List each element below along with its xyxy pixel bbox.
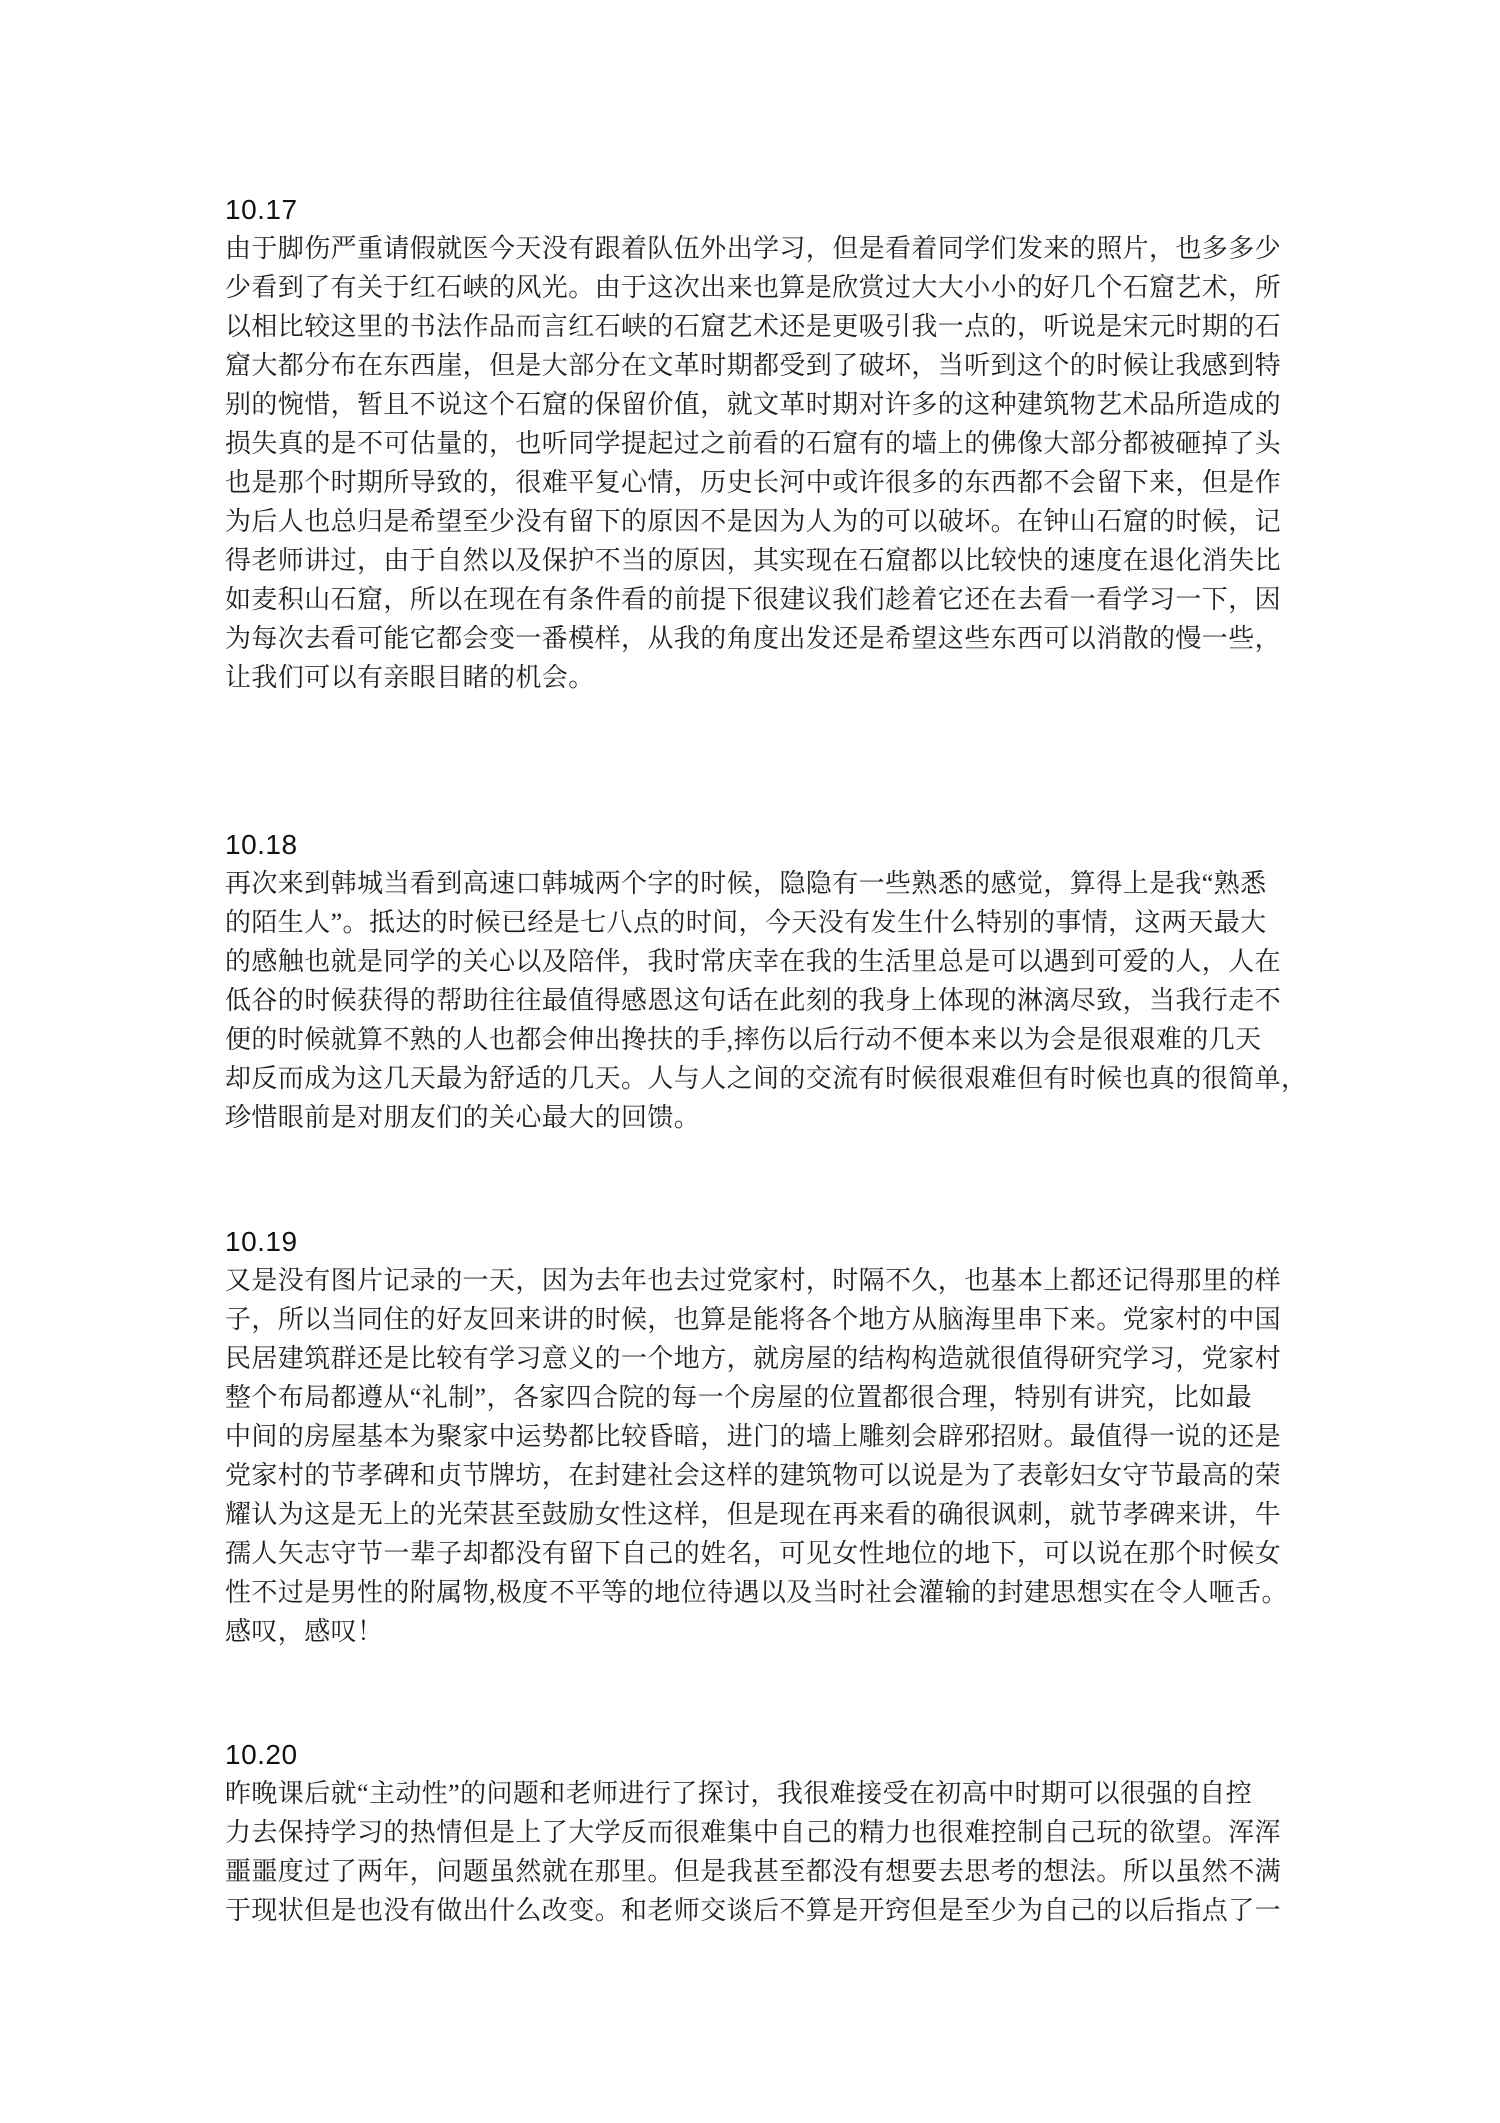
entry-date-heading: 10.18: [225, 825, 1285, 864]
diary-entry: 10.17 由于脚伤严重请假就医今天没有跟着队伍外出学习，但是看着同学们发来的照…: [225, 190, 1285, 697]
entry-date-heading: 10.19: [225, 1222, 1285, 1261]
document-page: 10.17 由于脚伤严重请假就医今天没有跟着队伍外出学习，但是看着同学们发来的照…: [0, 0, 1500, 2123]
diary-entry: 10.20 昨晚课后就“主动性”的问题和老师进行了探讨，我很难接受在初高中时期可…: [225, 1735, 1285, 1930]
entry-body-text: 又是没有图片记录的一天，因为去年也去过党家村，时隔不久，也基本上都还记得那里的样…: [225, 1261, 1285, 1651]
diary-entry: 10.18 再次来到韩城当看到高速口韩城两个字的时候，隐隐有一些熟悉的感觉，算得…: [225, 825, 1285, 1137]
entry-body-text: 再次来到韩城当看到高速口韩城两个字的时候，隐隐有一些熟悉的感觉，算得上是我“熟悉…: [225, 864, 1285, 1137]
entry-body-text: 昨晚课后就“主动性”的问题和老师进行了探讨，我很难接受在初高中时期可以很强的自控…: [225, 1774, 1285, 1930]
entry-body-text: 由于脚伤严重请假就医今天没有跟着队伍外出学习，但是看着同学们发来的照片，也多多少…: [225, 229, 1285, 697]
entry-date-heading: 10.17: [225, 190, 1285, 229]
diary-entry: 10.19 又是没有图片记录的一天，因为去年也去过党家村，时隔不久，也基本上都还…: [225, 1222, 1285, 1651]
document-content: 10.17 由于脚伤严重请假就医今天没有跟着队伍外出学习，但是看着同学们发来的照…: [225, 190, 1285, 1930]
entry-date-heading: 10.20: [225, 1735, 1285, 1774]
